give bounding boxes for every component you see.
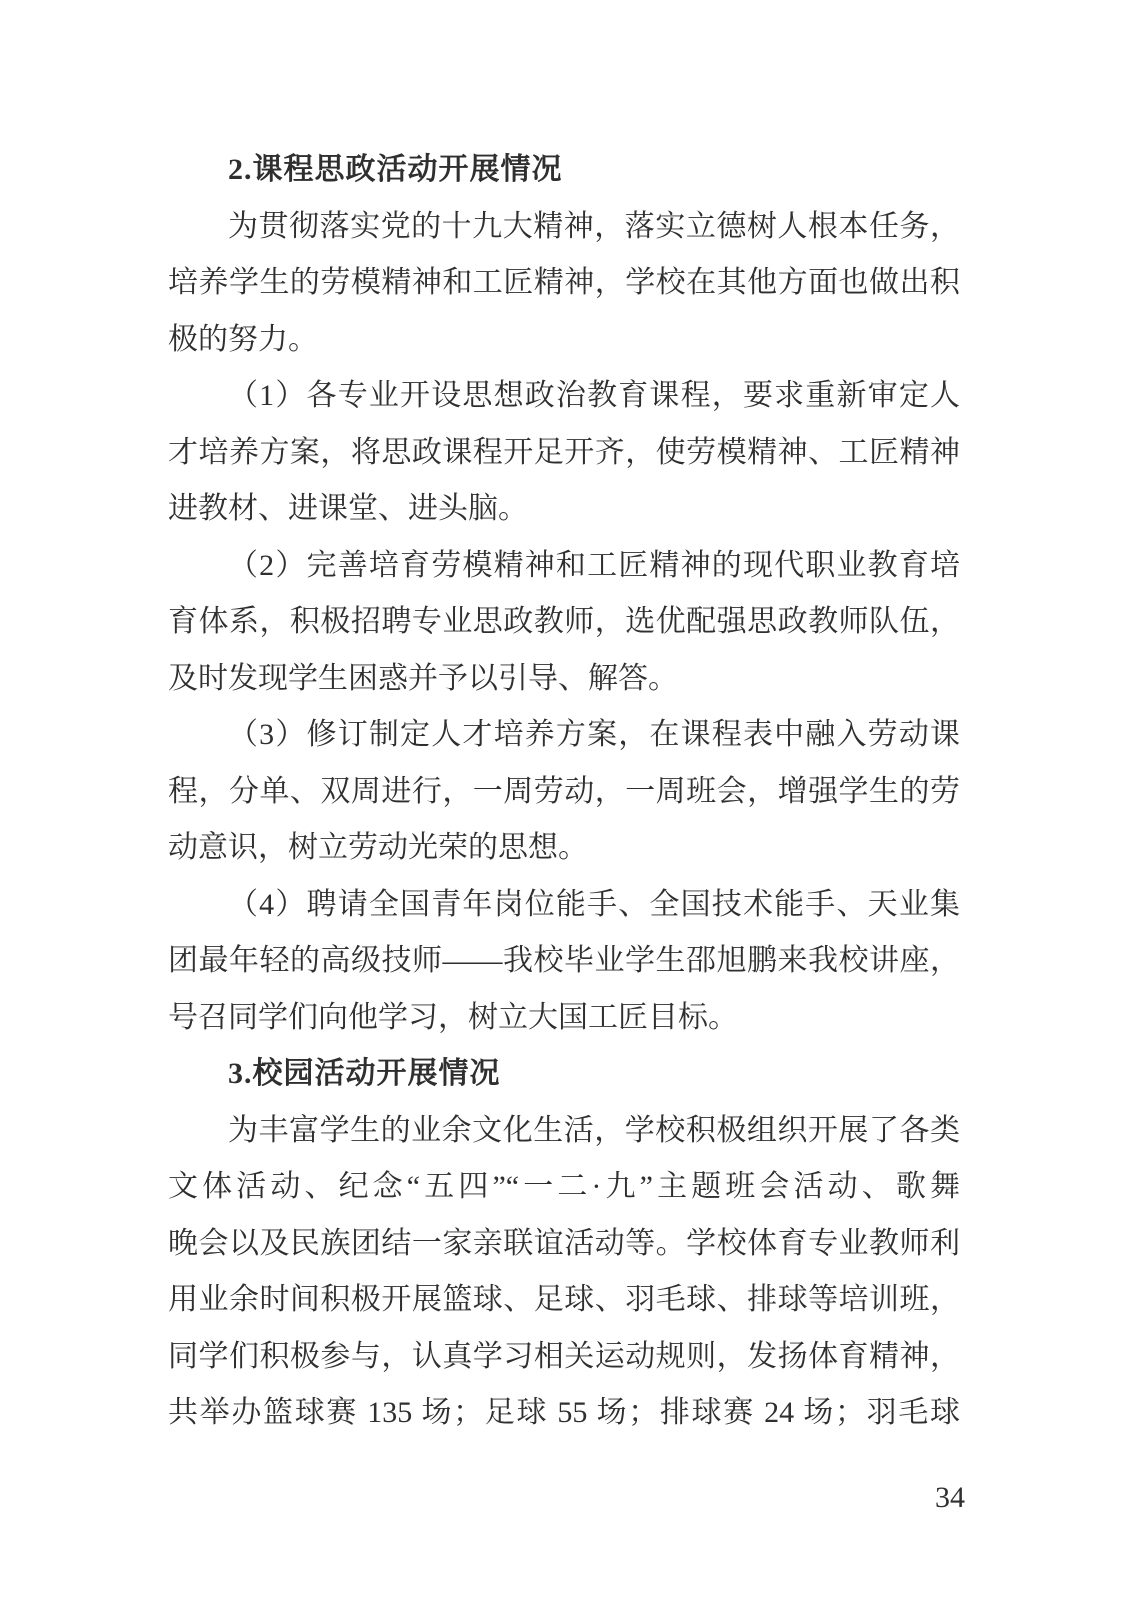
paragraph-line: 晚会以及民族团结一家亲联谊活动等。学校体育专业教师利: [168, 1216, 960, 1273]
paragraph-line: 才培养方案，将思政课程开足开齐，使劳模精神、工匠精神: [168, 425, 960, 482]
paragraph-line: 程，分单、双周进行，一周劳动，一周班会，增强学生的劳: [168, 764, 960, 821]
paragraph-line: 进教材、进课堂、进头脑。: [168, 481, 960, 538]
paragraph-line: （4）聘请全国青年岗位能手、全国技术能手、天业集: [168, 877, 960, 934]
paragraph-line: 及时发现学生困惑并予以引导、解答。: [168, 651, 960, 708]
paragraph-line: 为贯彻落实党的十九大精神，落实立德树人根本任务，: [168, 199, 960, 256]
paragraph-line: （3）修订制定人才培养方案，在课程表中融入劳动课: [168, 707, 960, 764]
paragraph-line: 同学们积极参与，认真学习相关运动规则，发扬体育精神，: [168, 1329, 960, 1386]
paragraph-line: 极的努力。: [168, 312, 960, 369]
paragraph-line: 动意识，树立劳动光荣的思想。: [168, 820, 960, 877]
paragraph-line: 文体活动、纪念“五四”“一二·九”主题班会活动、歌舞: [168, 1159, 960, 1216]
paragraph-line: 团最年轻的高级技师——我校毕业学生邵旭鹏来我校讲座，: [168, 933, 960, 990]
paragraph-line: 为丰富学生的业余文化生活，学校积极组织开展了各类: [168, 1103, 960, 1160]
paragraph-line: 号召同学们向他学习，树立大国工匠目标。: [168, 990, 960, 1047]
section-heading-3: 3.校园活动开展情况: [168, 1046, 960, 1103]
page-number: 34: [935, 1478, 965, 1518]
paragraph-line: 培养学生的劳模精神和工匠精神，学校在其他方面也做出积: [168, 255, 960, 312]
text-block: 2.课程思政活动开展情况 为贯彻落实党的十九大精神，落实立德树人根本任务， 培养…: [168, 142, 960, 1442]
paragraph-line: （1）各专业开设思想政治教育课程，要求重新审定人: [168, 368, 960, 425]
paragraph-line: 共举办篮球赛 135 场；足球 55 场；排球赛 24 场；羽毛球: [168, 1385, 960, 1442]
paragraph-line: （2）完善培育劳模精神和工匠精神的现代职业教育培: [168, 538, 960, 595]
section-heading-2: 2.课程思政活动开展情况: [168, 142, 960, 199]
document-page: 2.课程思政活动开展情况 为贯彻落实党的十九大精神，落实立德树人根本任务， 培养…: [0, 0, 1131, 1600]
paragraph-line: 育体系，积极招聘专业思政教师，选优配强思政教师队伍，: [168, 594, 960, 651]
paragraph-line: 用业余时间积极开展篮球、足球、羽毛球、排球等培训班，: [168, 1272, 960, 1329]
